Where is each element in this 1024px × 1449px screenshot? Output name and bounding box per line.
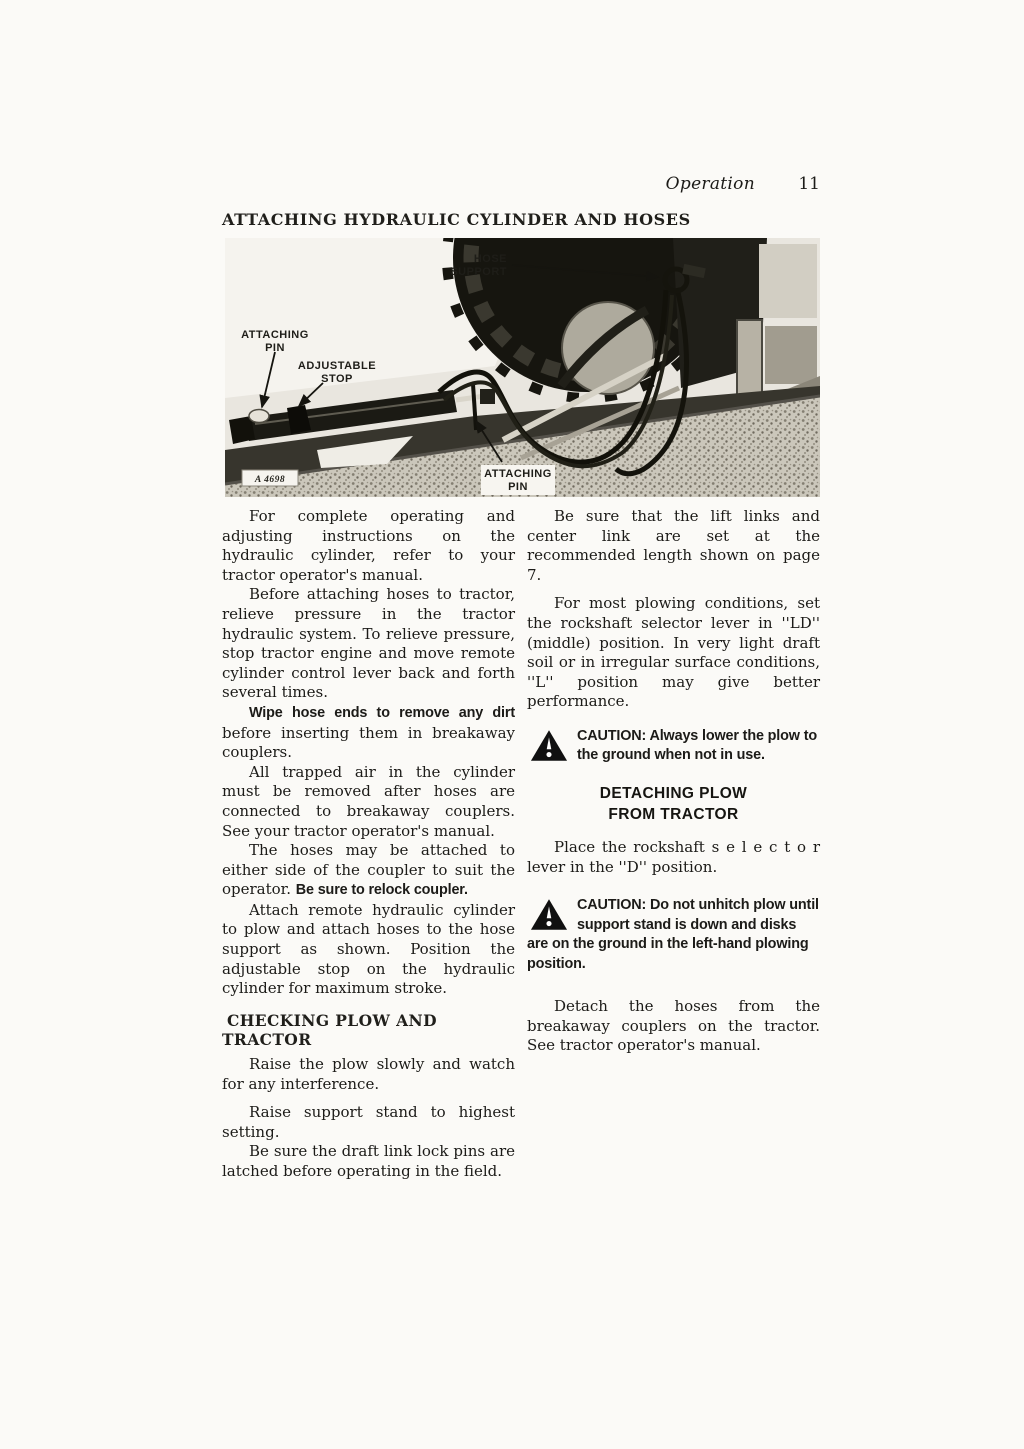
disk-blade — [561, 302, 654, 394]
paragraph: Raise support stand to highest setting. — [222, 1103, 515, 1142]
label-attaching-pin-bottom-line2: PIN — [508, 481, 528, 493]
caution-text: CAUTION: Do not unhitch plow until suppo… — [527, 897, 819, 972]
page-title: ATTACHING HYDRAULIC CYLINDER AND HOSES — [222, 210, 691, 229]
running-head: Operation 11 — [222, 174, 820, 194]
subheading-checking-plow: CHECKING PLOW AND TRACTOR — [222, 1011, 515, 1050]
label-hose-support-line2: SUPPORT — [450, 266, 507, 278]
paragraph: Be sure that the lift links and center l… — [527, 507, 820, 585]
paragraph: Detach the hoses from the breakaway coup… — [527, 997, 820, 1056]
caution-text: CAUTION: Always lower the plow to the gr… — [577, 728, 817, 764]
paragraph: Be sure the draft link lock pins are lat… — [222, 1142, 515, 1181]
tractor-photo-illustration: HOSE SUPPORT ATTACHING PIN ADJUSTABLE ST… — [225, 238, 820, 497]
subheading-detaching-plow: DETACHING PLOW FROM TRACTOR — [527, 783, 820, 825]
paragraph: The hoses may be attached to either side… — [222, 841, 515, 901]
caution-triangle-icon — [530, 729, 568, 762]
paragraph: For complete operating and adjusting ins… — [222, 507, 515, 585]
subheading-line: FROM TRACTOR — [527, 804, 820, 825]
bold-note: Wipe hose ends to remove any dirt — [249, 705, 515, 721]
left-column: For complete operating and adjusting ins… — [222, 507, 515, 1182]
subheading-line: DETACHING PLOW — [527, 783, 820, 804]
paragraph: Wipe hose ends to remove any dirt before… — [222, 703, 515, 763]
label-hose-support-line1: HOSE — [474, 253, 507, 265]
figure-photo: HOSE SUPPORT ATTACHING PIN ADJUSTABLE ST… — [225, 238, 820, 497]
caution-block-unhitch: CAUTION: Do not unhitch plow until suppo… — [527, 896, 820, 974]
paragraph-text: before inserting them in breakaway coupl… — [222, 724, 515, 762]
paragraph: Raise the plow slowly and watch for any … — [222, 1055, 515, 1094]
label-attaching-pin-bottom-line1: ATTACHING — [484, 468, 552, 480]
label-attaching-pin-left-line2: PIN — [265, 342, 285, 354]
photo-id: A 4698 — [254, 475, 285, 485]
label-adjustable-stop-line2: STOP — [321, 373, 353, 385]
paragraph: All trapped air in the cylinder must be … — [222, 763, 515, 841]
paragraph: Attach remote hydraulic cylinder to plow… — [222, 901, 515, 999]
label-adjustable-stop-line1: ADJUSTABLE — [298, 360, 376, 372]
paragraph: Before attaching hoses to tractor, relie… — [222, 585, 515, 703]
paragraph: Place the rockshaft s e l e c t o r leve… — [527, 838, 820, 877]
right-column: Be sure that the lift links and center l… — [527, 507, 820, 1182]
section-title: Operation — [666, 174, 755, 194]
label-attaching-pin-left-line1: ATTACHING — [241, 329, 309, 341]
manual-page: Operation 11 ATTACHING HYDRAULIC CYLINDE… — [0, 0, 1024, 1449]
caution-triangle-icon — [530, 898, 568, 931]
bold-note: Be sure to relock coupler. — [296, 882, 468, 898]
paragraph: For most plowing conditions, set the roc… — [527, 594, 820, 712]
text-columns: For complete operating and adjusting ins… — [222, 507, 820, 1182]
attaching-pin-front — [249, 410, 269, 423]
caution-block-lower-plow: CAUTION: Always lower the plow to the gr… — [527, 727, 820, 766]
page-number: 11 — [798, 174, 820, 194]
